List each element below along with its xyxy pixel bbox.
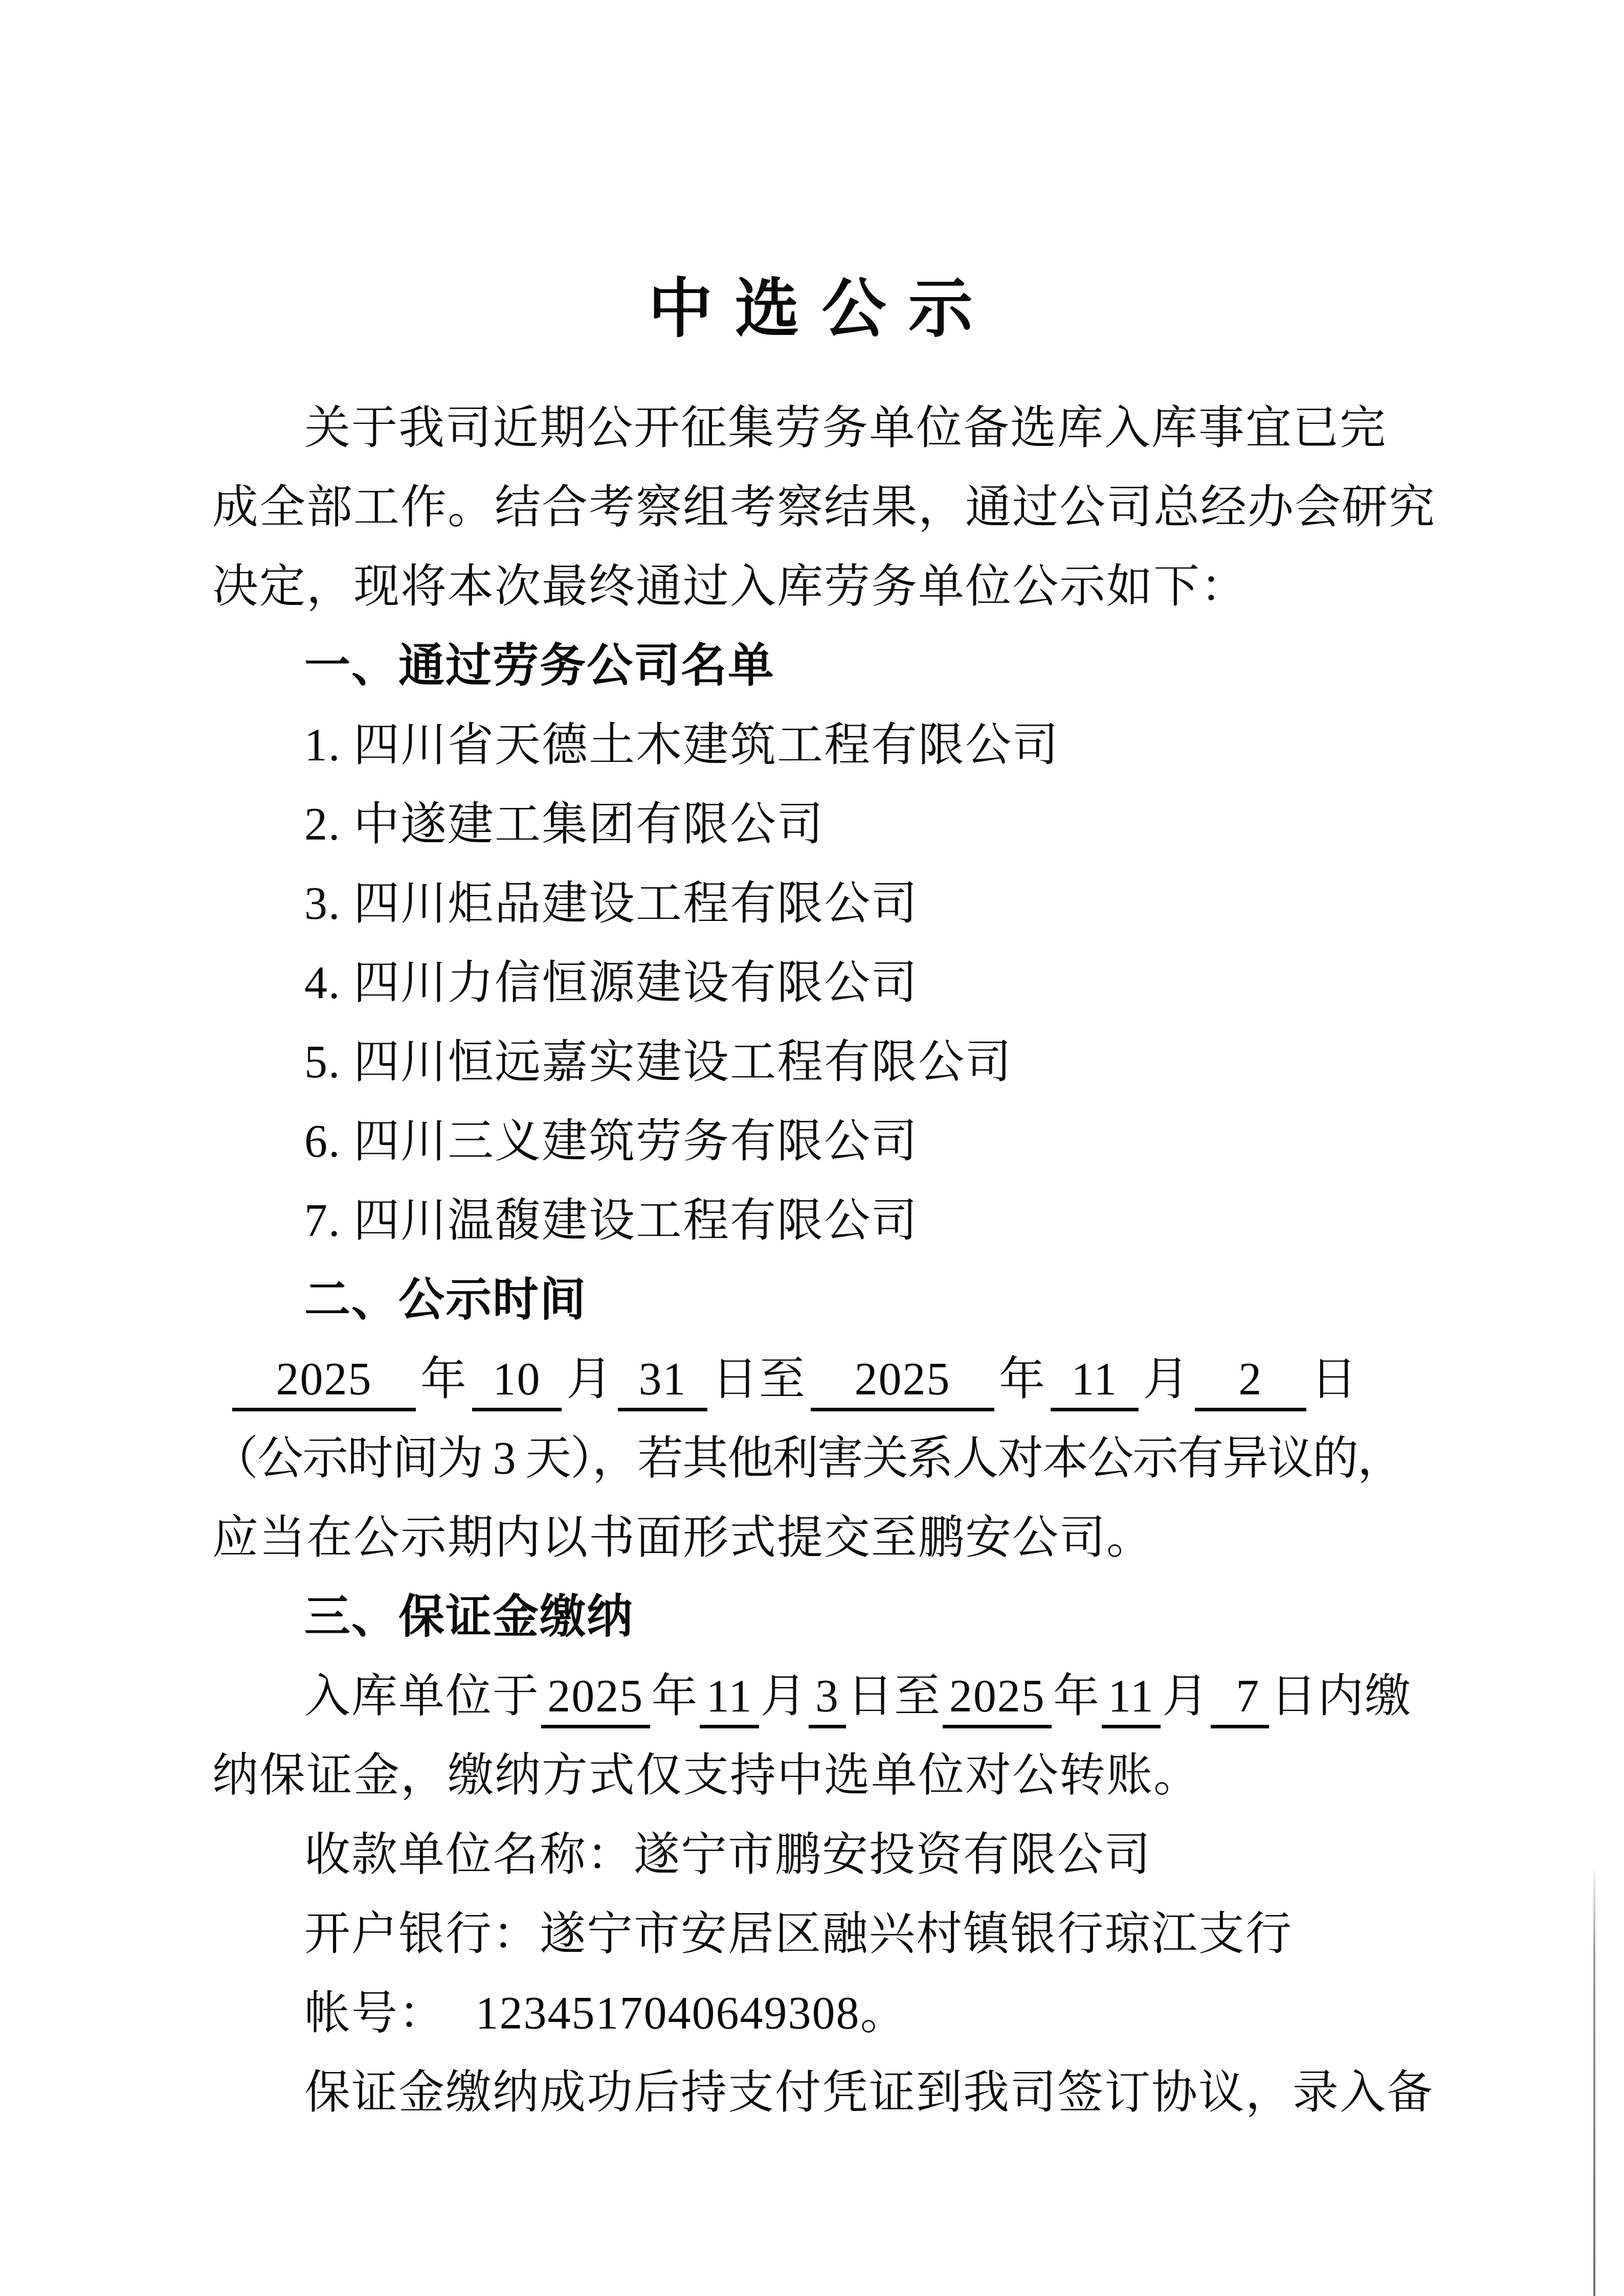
blank-start-day: 31 bbox=[618, 1354, 707, 1411]
publicity-note-line-1: （公示时间为 3 天），若其他利害关系人对本公示有异议的， bbox=[212, 1419, 1419, 1498]
account-line: 帐号：1234517040649308。 bbox=[212, 1974, 1419, 2053]
label-month-1: 月 bbox=[566, 1354, 613, 1405]
section3-heading: 三、保证金缴纳 bbox=[212, 1578, 1419, 1657]
blank-deposit-start-year: 2025 bbox=[541, 1671, 650, 1728]
scanned-announcement-page: 中 选 公 示 关于我司近期公开征集劳务单位备选库入库事宜已完 成全部工作。结合… bbox=[0, 0, 1624, 2296]
company-item-2: 2. 中遂建工集团有限公司 bbox=[212, 785, 1419, 864]
deposit-prefix: 入库单位于 bbox=[304, 1671, 540, 1722]
blank-deposit-end-month: 11 bbox=[1102, 1671, 1161, 1728]
label-to: 日至 bbox=[712, 1354, 806, 1405]
label-month-2: 月 bbox=[1143, 1354, 1190, 1405]
blank-end-day: 2 bbox=[1195, 1354, 1306, 1411]
deposit-period-line: 入库单位于2025年11月3日至2025年11月7日内缴 bbox=[212, 1657, 1419, 1736]
blank-end-year: 2025 bbox=[811, 1354, 994, 1411]
intro-line-2: 成全部工作。结合考察组考察结果，通过公司总经办会研究 bbox=[212, 468, 1419, 547]
deposit-label-year-1: 年 bbox=[652, 1671, 699, 1722]
deposit-label-year-2: 年 bbox=[1053, 1671, 1100, 1722]
deposit-suffix: 日内缴 bbox=[1271, 1671, 1412, 1722]
company-item-7: 7. 四川温馥建设工程有限公司 bbox=[212, 1181, 1419, 1260]
account-number: 1234517040649308。 bbox=[476, 1988, 907, 2039]
intro-line-3: 决定，现将本次最终通过入库劳务单位公示如下： bbox=[212, 547, 1419, 626]
publicity-note-line-2: 应当在公示期内以书面形式提交至鹏安公司。 bbox=[212, 1498, 1419, 1578]
bank-line: 开户银行：遂宁市安居区融兴村镇银行琼江支行 bbox=[212, 1895, 1419, 1974]
label-year-1: 年 bbox=[420, 1354, 468, 1405]
account-label: 帐号： bbox=[304, 1988, 446, 2039]
blank-deposit-end-year: 2025 bbox=[943, 1671, 1052, 1728]
company-item-1: 1. 四川省天德土木建筑工程有限公司 bbox=[212, 706, 1419, 785]
deposit-label-month-1: 月 bbox=[761, 1671, 808, 1722]
deposit-label-to: 日至 bbox=[847, 1671, 941, 1722]
company-item-4: 4. 四川力信恒源建设有限公司 bbox=[212, 943, 1419, 1023]
blank-start-month: 10 bbox=[472, 1354, 562, 1411]
blank-deposit-end-day: 7 bbox=[1211, 1671, 1270, 1728]
payee-name-line: 收款单位名称：遂宁市鹏安投资有限公司 bbox=[212, 1815, 1419, 1895]
section2-heading: 二、公示时间 bbox=[212, 1260, 1419, 1340]
company-item-3: 3. 四川炬品建设工程有限公司 bbox=[212, 864, 1419, 943]
company-item-5: 5. 四川恒远嘉实建设工程有限公司 bbox=[212, 1023, 1419, 1102]
deposit-label-month-2: 月 bbox=[1162, 1671, 1209, 1722]
blank-deposit-start-day: 3 bbox=[809, 1671, 846, 1728]
blank-end-month: 11 bbox=[1051, 1354, 1139, 1411]
deposit-continuation-line: 纳保证金，缴纳方式仅支持中选单位对公转账。 bbox=[212, 1736, 1419, 1815]
scan-artifact-line bbox=[1593, 1869, 1595, 2296]
label-day: 日 bbox=[1311, 1354, 1358, 1405]
publicity-period-line: 2025年10月31日至2025年11月2日 bbox=[212, 1340, 1419, 1419]
closing-line: 保证金缴纳成功后持支付凭证到我司签订协议，录入备 bbox=[212, 2053, 1419, 2132]
intro-line-1: 关于我司近期公开征集劳务单位备选库入库事宜已完 bbox=[212, 389, 1419, 468]
document-body: 关于我司近期公开征集劳务单位备选库入库事宜已完 成全部工作。结合考察组考察结果，… bbox=[212, 389, 1419, 2132]
section1-heading: 一、通过劳务公司名单 bbox=[212, 626, 1419, 706]
blank-deposit-start-month: 11 bbox=[700, 1671, 759, 1728]
document-title: 中 选 公 示 bbox=[0, 271, 1624, 348]
label-year-2: 年 bbox=[999, 1354, 1046, 1405]
company-item-6: 6. 四川三义建筑劳务有限公司 bbox=[212, 1102, 1419, 1181]
blank-start-year: 2025 bbox=[232, 1354, 416, 1411]
